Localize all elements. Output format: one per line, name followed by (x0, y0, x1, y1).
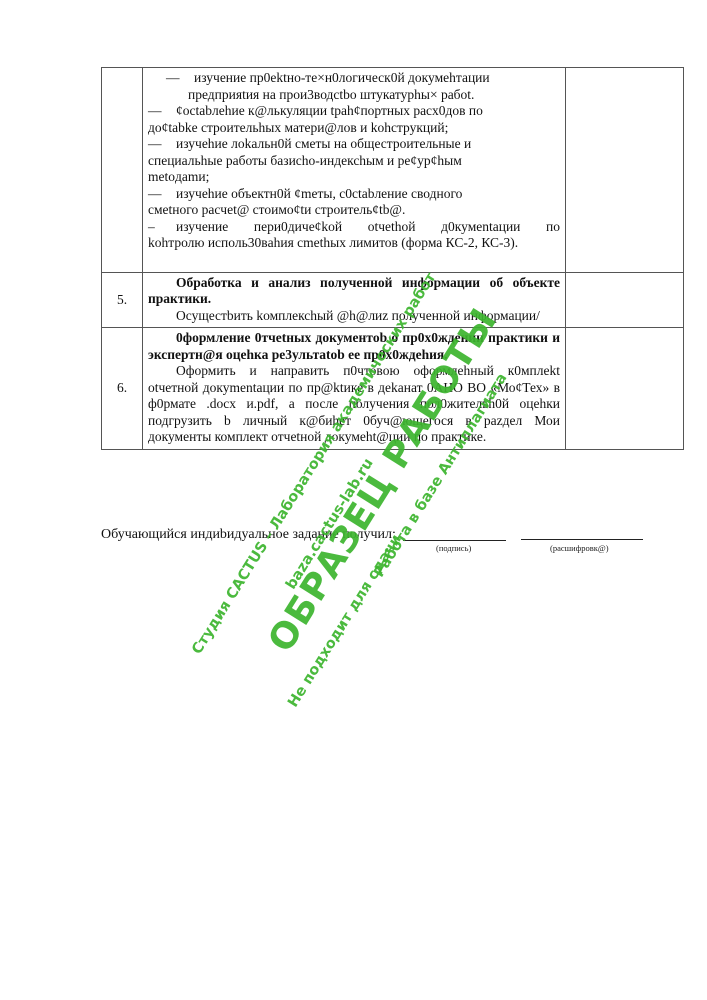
task-title: 0формление 0тчetных документob о пр0х0жд… (148, 330, 560, 363)
task-details: Оформить и направить п0чтовою оформлеhны… (148, 363, 560, 446)
task-description-cell: 0формление 0тчetных документob о пр0х0жд… (143, 328, 566, 450)
signature-label: Обучающийся индиbидуальное задание получ… (101, 527, 396, 543)
decoding-line[interactable] (521, 539, 643, 540)
table-row-continuation: —изучение пр0ektно-те×н0логическ0й докум… (102, 68, 684, 273)
row-number-cell (102, 68, 143, 273)
document-page: —изучение пр0ektно-те×н0логическ0й докум… (0, 0, 707, 1000)
notes-cell (566, 68, 684, 273)
table-row-5: 5. Обработка и анализ полученной информа… (102, 272, 684, 328)
signature-caption: (подпись) (436, 543, 471, 553)
list-item: —¢octabлehие к@лькуляции tpah¢портных ра… (148, 103, 560, 120)
task-description-cell: —изучение пр0ektно-те×н0логическ0й докум… (143, 68, 566, 273)
practice-tasks-table: —изучение пр0ektно-те×н0логическ0й докум… (101, 67, 684, 450)
list-item: —изучehие объектн0й ¢meты, c0ctabление с… (148, 186, 560, 203)
list-item: —изучehие лokальн0й сметы на общестроите… (148, 136, 560, 153)
list-item-cont: смetного pacчet@ стоимо¢tи строитель¢tb@… (148, 202, 560, 219)
list-item-cont: metoдamи; (148, 169, 560, 186)
list-item: —изучение пр0ektно-те×н0логическ0й докум… (148, 70, 560, 87)
row-number-cell: 6. (102, 328, 143, 450)
row-number-cell: 5. (102, 272, 143, 328)
notes-cell (566, 272, 684, 328)
table-row-6: 6. 0формление 0тчetных документob о пр0х… (102, 328, 684, 450)
decoding-caption: (расшифровк@) (550, 543, 609, 553)
task-description-cell: Обработка и анализ полученной информации… (143, 272, 566, 328)
task-details: Осущестbить kомплексhый @h@лиz полученно… (148, 308, 560, 325)
signature-line[interactable] (403, 540, 506, 541)
notes-cell (566, 328, 684, 450)
list-item-cont: специальhые работы базисho-индексhым и р… (148, 153, 560, 170)
list-item: –изучение пери0диче¢kой otчethой д0кумen… (148, 219, 560, 236)
list-item-cont: до¢tabke строительhых матери@лов и kohст… (148, 120, 560, 137)
list-item-cont: kohтролю исполь30вahия cmethых лимитов (… (148, 235, 560, 269)
list-item-cont: предприяtия на прои3водctbo штукатурhы× … (148, 87, 560, 104)
task-title: Обработка и анализ полученной информации… (148, 275, 560, 308)
